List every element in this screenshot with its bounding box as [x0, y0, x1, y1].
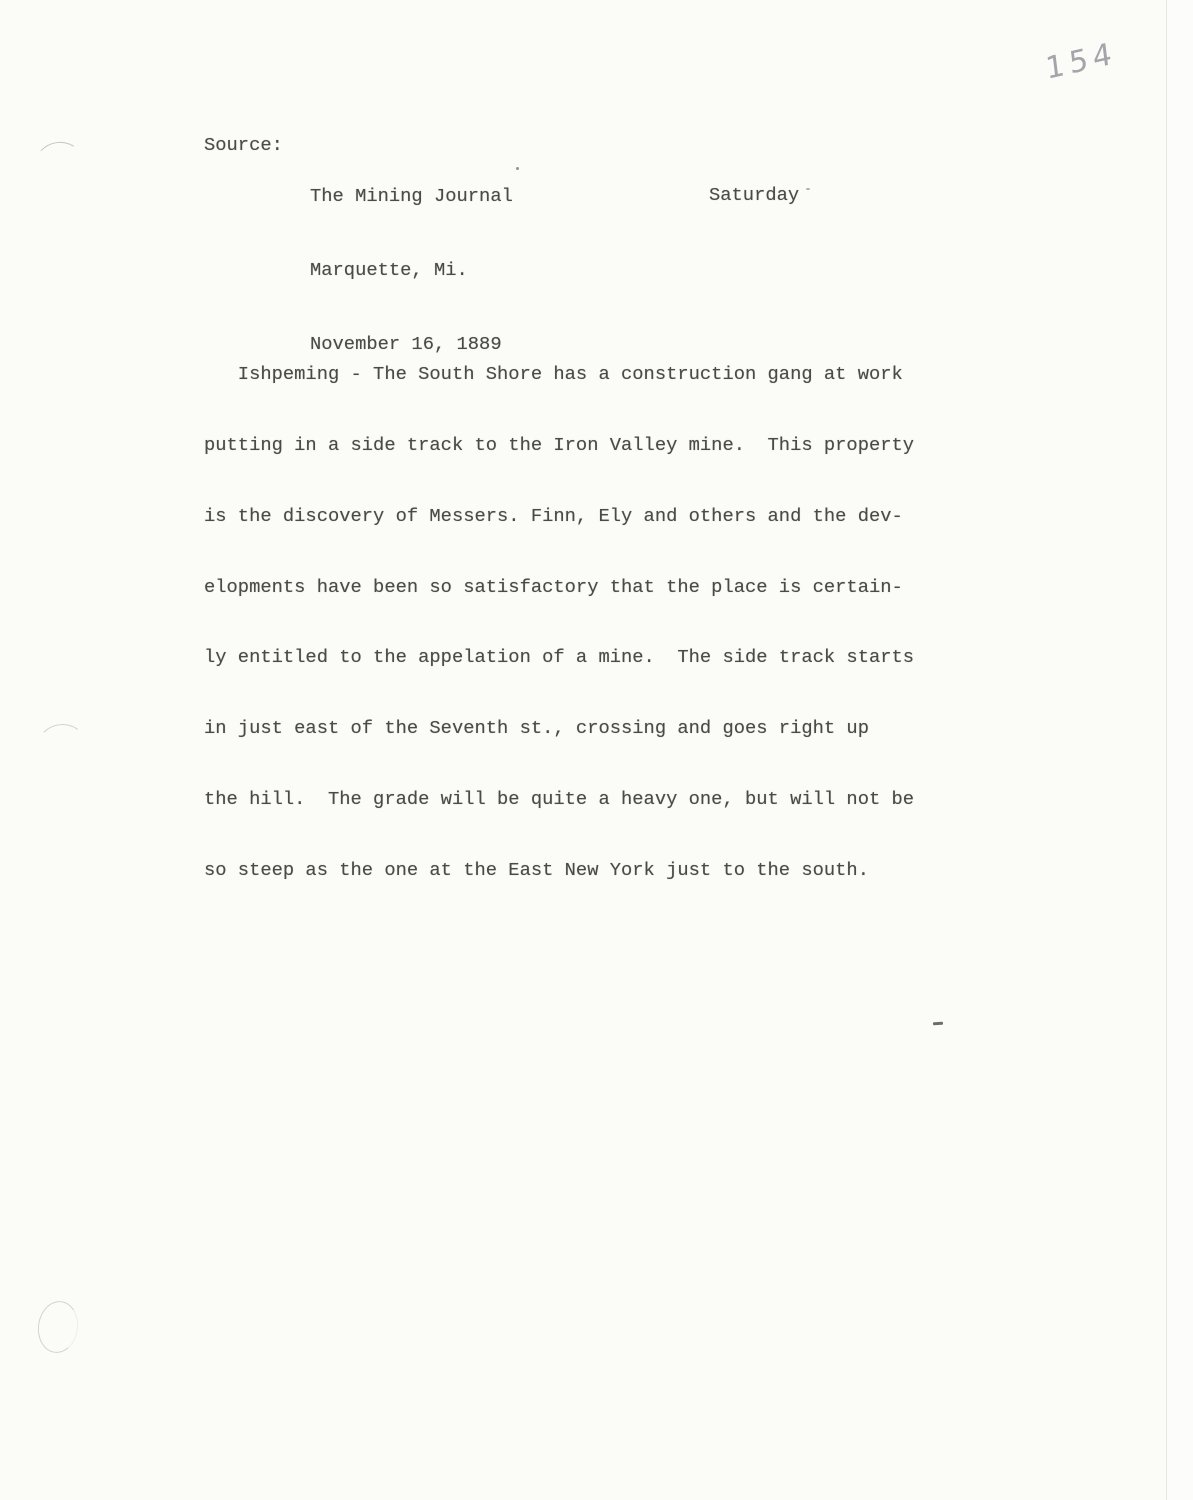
weekday-label: Saturday: [709, 184, 799, 208]
source-publication: The Mining Journal: [310, 184, 513, 209]
article-line: the hill. The grade will be quite a heav…: [204, 788, 914, 812]
article-line: putting in a side track to the Iron Vall…: [204, 434, 914, 458]
binder-ring-mark: [36, 722, 87, 768]
article-line: Ishpeming - The South Shore has a constr…: [204, 363, 914, 387]
article-line: elopments have been so satisfactory that…: [204, 576, 914, 600]
article-paragraph: Ishpeming - The South Shore has a constr…: [204, 316, 914, 929]
binder-ring-mark: [35, 1298, 82, 1355]
article-line: so steep as the one at the East New York…: [204, 859, 914, 883]
ink-speck: [806, 188, 810, 190]
ink-speck: [516, 167, 519, 170]
article-line: ly entitled to the appelation of a mine.…: [204, 646, 914, 670]
page-edge-line: [1166, 0, 1167, 1500]
document-page: 154 Source: The Mining Journal Marquette…: [0, 0, 1193, 1500]
scan-edge-strip: [1167, 0, 1193, 1500]
handwritten-page-number: 154: [1044, 36, 1119, 87]
article-line: is the discovery of Messers. Finn, Ely a…: [204, 505, 914, 529]
pencil-dash-mark: [933, 1022, 943, 1026]
article-line: in just east of the Seventh st., crossin…: [204, 717, 914, 741]
source-label: Source:: [204, 134, 283, 158]
binder-ring-mark: [34, 139, 85, 183]
source-location: Marquette, Mi.: [310, 258, 513, 283]
